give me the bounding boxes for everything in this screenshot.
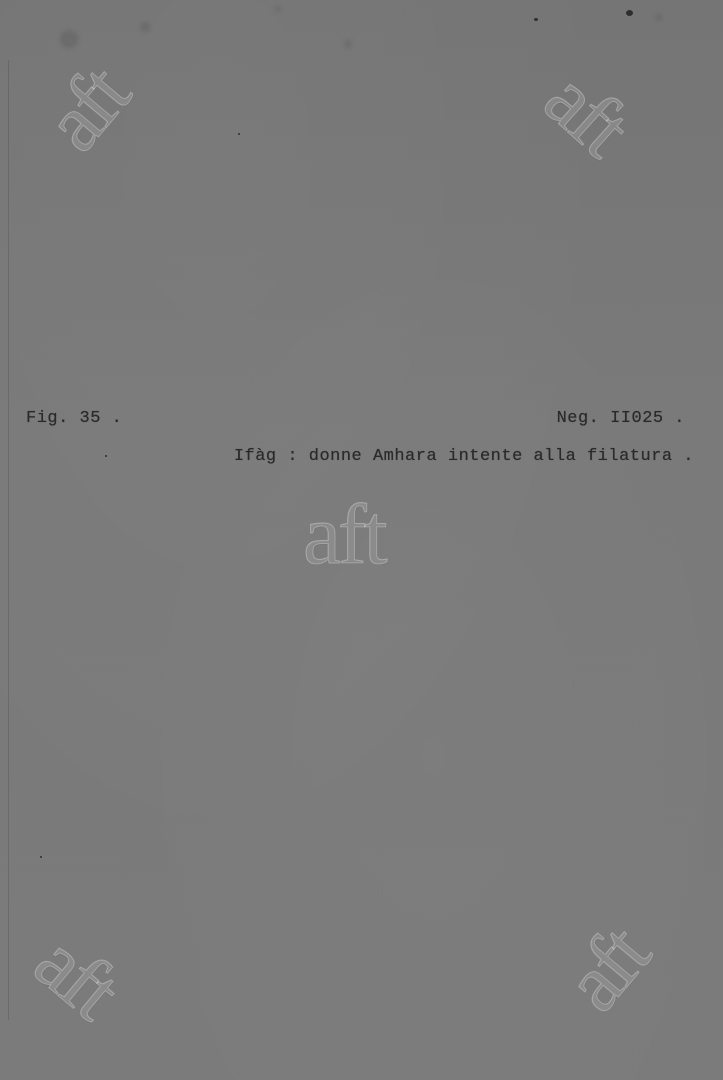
dust-speck	[105, 455, 107, 457]
negative-number: Neg. II025 .	[557, 409, 685, 428]
stain	[60, 30, 78, 48]
figure-label: Fig. 35 .	[26, 409, 122, 428]
watermark-center: aft	[303, 491, 385, 577]
dust-speck	[534, 18, 538, 21]
dust-speck	[626, 10, 633, 16]
watermark-top-left: aft	[30, 53, 143, 165]
stain	[655, 14, 662, 21]
watermark-bottom-left: aft	[21, 920, 133, 1033]
watermark-bottom-right: aft	[550, 913, 663, 1025]
page-edge-line	[8, 60, 9, 1020]
stain	[275, 6, 281, 12]
stain	[140, 22, 150, 32]
scanned-page: aft aft aft aft aft Fig. 35 . Neg. II025…	[0, 0, 723, 1080]
caption: Ifàg : donne Amhara intente alla filatur…	[234, 447, 694, 466]
dust-speck	[40, 856, 42, 858]
dust-speck	[238, 133, 240, 135]
stain	[345, 40, 351, 48]
watermark-top-right: aft	[531, 57, 643, 170]
